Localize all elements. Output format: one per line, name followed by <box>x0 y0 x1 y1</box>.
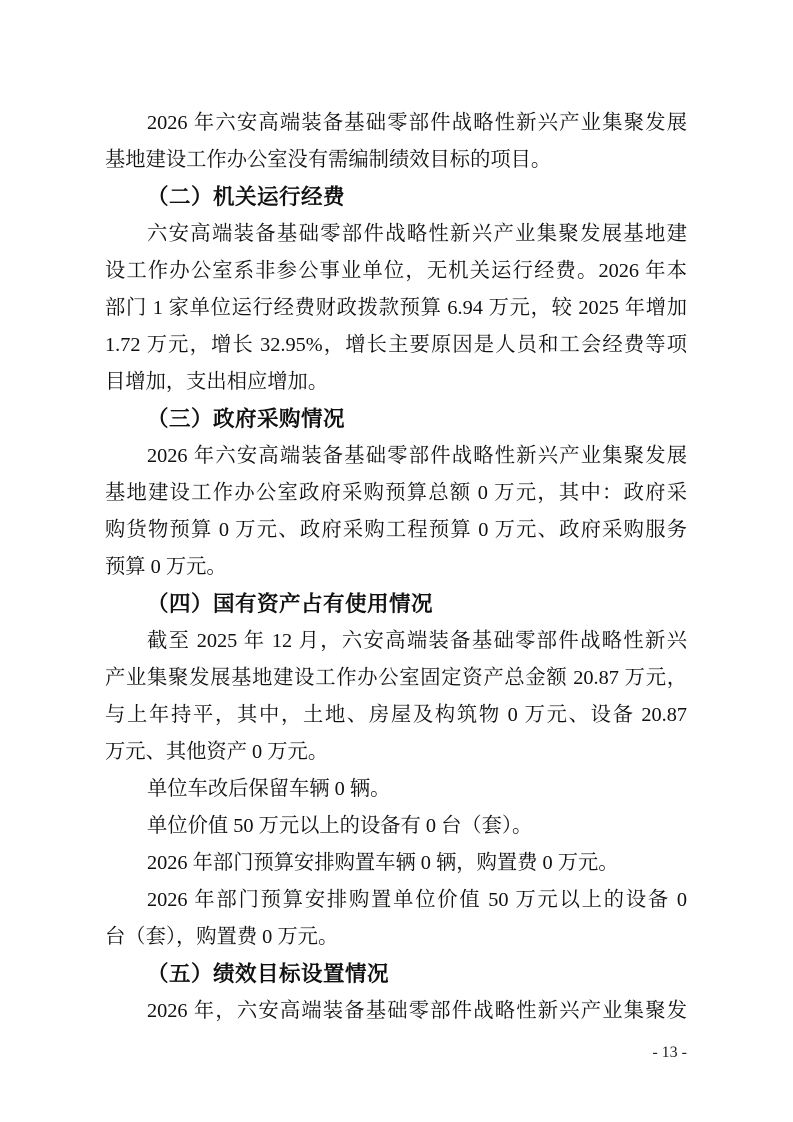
paragraph: 单位车改后保留车辆 0 辆。 <box>105 771 687 808</box>
section-heading-block: （五）绩效目标设置情况 <box>105 956 687 993</box>
text-line: 设工作办公室系非参公事业单位，无机关运行经费。2026 年本 <box>105 253 687 290</box>
paragraph: 2026 年部门预算安排购置车辆 0 辆，购置费 0 万元。 <box>105 845 687 882</box>
text-line: 基地建设工作办公室没有需编制绩效目标的项目。 <box>105 142 687 179</box>
text-line: 2026 年部门预算安排购置车辆 0 辆，购置费 0 万元。 <box>105 845 687 882</box>
paragraph: 2026 年，六安高端装备基础零部件战略性新兴产业集聚发 <box>105 993 687 1030</box>
text-line: 2026 年六安高端装备基础零部件战略性新兴产业集聚发展 <box>105 438 687 475</box>
text-line: 购货物预算 0 万元、政府采购工程预算 0 万元、政府采购服务 <box>105 512 687 549</box>
paragraph: 六安高端装备基础零部件战略性新兴产业集聚发展基地建设工作办公室系非参公事业单位，… <box>105 216 687 401</box>
text-line: 产业集聚发展基地建设工作办公室固定资产总金额 20.87 万元， <box>105 660 687 697</box>
text-line: 台（套），购置费 0 万元。 <box>105 919 687 956</box>
document-body: 2026 年六安高端装备基础零部件战略性新兴产业集聚发展基地建设工作办公室没有需… <box>105 105 687 1030</box>
paragraph: 2026 年六安高端装备基础零部件战略性新兴产业集聚发展基地建设工作办公室没有需… <box>105 105 687 179</box>
text-line: 1.72 万元，增长 32.95%，增长主要原因是人员和工会经费等项 <box>105 327 687 364</box>
section-heading: （五）绩效目标设置情况 <box>105 956 687 993</box>
paragraph: 2026 年部门预算安排购置单位价值 50 万元以上的设备 0台（套），购置费 … <box>105 882 687 956</box>
section-heading: （三）政府采购情况 <box>105 401 687 438</box>
text-line: 单位车改后保留车辆 0 辆。 <box>105 771 687 808</box>
text-line: 部门 1 家单位运行经费财政拨款预算 6.94 万元，较 2025 年增加 <box>105 290 687 327</box>
section-heading-block: （三）政府采购情况 <box>105 401 687 438</box>
section-heading: （四）国有资产占有使用情况 <box>105 586 687 623</box>
section-heading: （二）机关运行经费 <box>105 179 687 216</box>
paragraph: 截至 2025 年 12 月，六安高端装备基础零部件战略性新兴产业集聚发展基地建… <box>105 623 687 771</box>
section-heading-block: （二）机关运行经费 <box>105 179 687 216</box>
text-line: 万元、其他资产 0 万元。 <box>105 734 687 771</box>
page-number: - 13 - <box>652 1042 687 1064</box>
document-page: 2026 年六安高端装备基础零部件战略性新兴产业集聚发展基地建设工作办公室没有需… <box>0 0 793 1122</box>
text-line: 目增加，支出相应增加。 <box>105 364 687 401</box>
paragraph: 单位价值 50 万元以上的设备有 0 台（套）。 <box>105 808 687 845</box>
text-line: 与上年持平，其中，土地、房屋及构筑物 0 万元、设备 20.87 <box>105 697 687 734</box>
text-line: 六安高端装备基础零部件战略性新兴产业集聚发展基地建 <box>105 216 687 253</box>
paragraph: 2026 年六安高端装备基础零部件战略性新兴产业集聚发展基地建设工作办公室政府采… <box>105 438 687 586</box>
text-line: 2026 年六安高端装备基础零部件战略性新兴产业集聚发展 <box>105 105 687 142</box>
text-line: 截至 2025 年 12 月，六安高端装备基础零部件战略性新兴 <box>105 623 687 660</box>
text-line: 2026 年，六安高端装备基础零部件战略性新兴产业集聚发 <box>105 993 687 1030</box>
text-line: 基地建设工作办公室政府采购预算总额 0 万元，其中：政府采 <box>105 475 687 512</box>
section-heading-block: （四）国有资产占有使用情况 <box>105 586 687 623</box>
text-line: 2026 年部门预算安排购置单位价值 50 万元以上的设备 0 <box>105 882 687 919</box>
text-line: 单位价值 50 万元以上的设备有 0 台（套）。 <box>105 808 687 845</box>
text-line: 预算 0 万元。 <box>105 549 687 586</box>
